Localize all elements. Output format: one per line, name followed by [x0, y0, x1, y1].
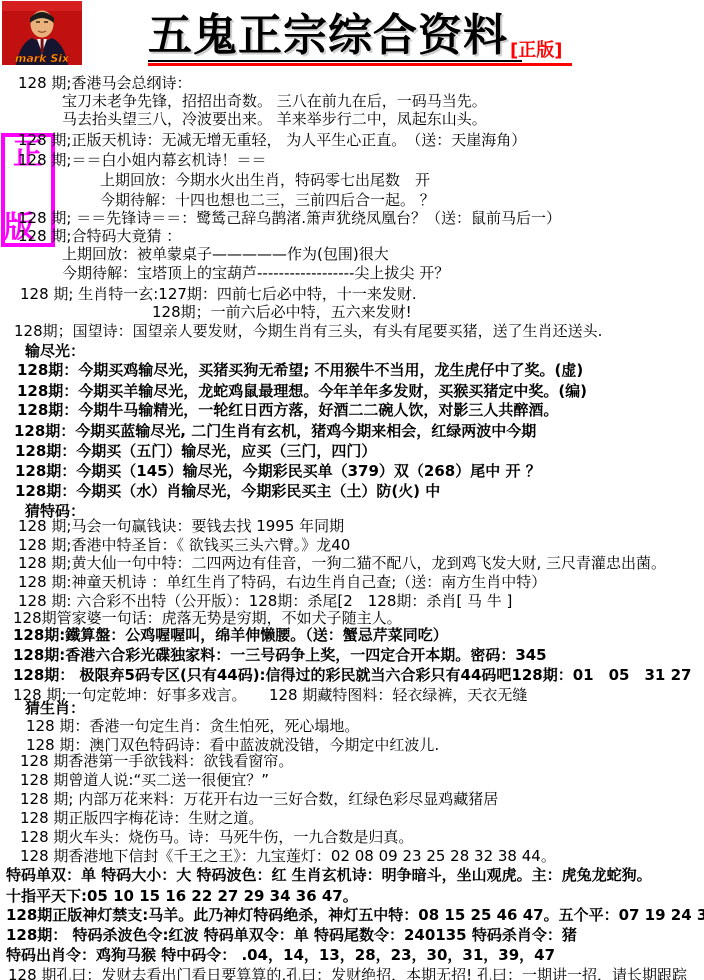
text-line: 马去抬头望三八，冷波要出来。 羊来举步行二中，凤起东山头。	[62, 111, 487, 128]
page-title: 五鬼正宗综合资料	[148, 10, 508, 62]
text-line: 128期： 极限弃5码专区(只有44码):信得过的彩民就当六合彩只有44码吧12…	[13, 667, 691, 684]
text-line: 128期：今期买鸡输尽光，买猪买狗无希望; 不用猴牛不当用，龙生虎仔中了奖。(虚…	[17, 362, 583, 379]
tipster-photo-image: mark Six	[2, 1, 82, 65]
text-line: 特码出肖令：鸡狗马猴 特中码令： .04，14，13，28，23，30，31，3…	[6, 947, 555, 964]
title-underline-black	[148, 60, 522, 62]
text-line: 128 期: 六合彩不出特（公开版）：128期：杀尾[2 128期：杀肖[ 马 …	[18, 593, 512, 610]
text-line: 特码单双：单 特码大小：大 特码波色：红 生肖玄机诗：明争暗斗，坐山观虎。主：虎…	[6, 867, 652, 884]
text-line: 128 期孔曰：发财去看出门看日要算算的,孔曰：发财绝招，本期无招! 孔曰：一期…	[8, 967, 687, 980]
text-line: 128 期香港地下信封《千王之王》：九宝莲灯：02 08 09 23 25 28…	[20, 848, 556, 865]
text-line: 128 期正版四字梅花诗：生财之道。	[20, 810, 263, 827]
text-line: 128 期;香港中特圣旨：《 欲钱买三头六臂。》龙40	[18, 537, 350, 554]
text-line: 宝刀未老争先锋，招招出奇数。 三八在前九在后，一码马当先。	[62, 93, 487, 110]
text-line: 128期：今期买蓝输尽光, 二门生肖有玄机，猪鸡今期来相会，红绿两波中今期	[14, 423, 536, 440]
text-line: 128期：今期买（水）肖输尽光，今期彩民买主（土）防(火) 中	[15, 483, 440, 500]
text-line: 128 期香港第一手欲钱料：欲钱看窗帘。	[20, 753, 293, 770]
page-title-block: 五鬼正宗综合资料 [正版]	[148, 6, 588, 62]
text-line: 猜生肖：	[25, 700, 85, 717]
text-line: 128 期;马会一句赢钱诀：要钱去找 1995 年同期	[18, 518, 344, 535]
text-line: 输尽光：	[25, 343, 85, 360]
edition-tag: [正版]	[510, 40, 562, 62]
text-line: 128 期;香港马会总纲诗：	[18, 75, 191, 92]
text-line: 128 期;合特码大竟猜 ：	[18, 228, 181, 245]
photo-caption: mark Six	[15, 52, 70, 65]
text-line: 128 期; ＝＝先锋诗＝＝：鹭鸶己辞乌鹊渚.箫声犹绕凤凰台？（送：鼠前马后一）	[18, 210, 561, 227]
lottery-tip-sheet: mark Six 五鬼正宗综合资料 [正版] 正 版 128 期;香港马会总纲诗…	[0, 0, 704, 980]
text-line: 128期管家婆一句话：虎落无势是穷期，不如犬子随主人。	[13, 610, 402, 627]
text-line: 128期:香港六合彩光碟独家料：一三号码争上奖，一四定合开本期。密码：345	[13, 647, 547, 664]
tie	[41, 39, 44, 52]
text-line: 128期：今期买（145）输尽光，今期彩民买单（379）双（268）尾中 开 ？	[15, 463, 541, 480]
text-line: 上期回放：被单蒙桌子—————作为(包围)很大	[62, 246, 389, 263]
text-line: 128 期;＝＝白小姐内幕玄机诗！＝＝	[18, 152, 266, 169]
text-line: 十指平天下:05 10 15 16 22 27 29 34 36 47。	[6, 888, 358, 905]
tipster-photo: mark Six	[2, 1, 82, 65]
text-line: 128期:鐵算盤：公鸡喔喔叫，绵羊伸懒腰。（送：蟹忌芹菜同吃）	[13, 627, 448, 644]
text-line: 128期：今期牛马输精光，一轮红日西方落，好酒二二碗人饮，对影三人共醉酒。	[17, 402, 558, 419]
text-line: 128 期曾道人说:“买二送一很便宜？”	[20, 772, 269, 789]
title-underline-red	[148, 63, 572, 66]
text-line: 128期：今期买羊输尽光，龙蛇鸡鼠最理想。今年羊年多发财，买猴买猪定中奖。(编)	[17, 383, 587, 400]
text-line: 128 期;黄大仙一句中特：二四两边有佳音，一狗二猫不配八，龙到鸡飞发大财, 三…	[18, 555, 666, 572]
text-line: 128期；国望诗：国望亲人要发财，今期生肖有三头，有头有尾要买猪，送了生肖还送头…	[14, 323, 602, 340]
text-line: 128期；一前六后必中特，五六来发财!	[152, 304, 412, 321]
text-line: 128期： 特码杀波色令:红波 特码单双令：单 特码尾数令：240135 特码杀…	[6, 927, 577, 944]
text-line: 128 期:一句定乾坤：好事多戏言。 128 期藏特图料：轻衣绿裤，天衣无缝	[13, 687, 527, 704]
text-line: 128 期; 生肖特一玄:127期：四前七后必中特，十一来发财.	[20, 286, 417, 303]
text-line: 128 期火车头：烧伤马。诗：马死牛伤，一九合数是归真。	[20, 829, 413, 846]
text-line: 128 期;正版天机诗：无减无增无重轻， 为人平生心正直。 （送：天崖海角）	[18, 132, 526, 149]
text-line: 128期：今期买（五门）输尽光，应买（三门，四门）	[15, 443, 376, 460]
text-line: 今期待解：十四也想也二三，三前四后合一起。 ？	[100, 192, 435, 209]
text-line: 128期正版神灯禁支:马羊。此乃神灯特码绝杀，神灯五中特：08 15 25 46…	[6, 907, 704, 924]
text-line: 上期回放：今期水火出生肖，特码零七出尾数 开	[100, 172, 430, 189]
text-line: 今期待解：宝塔顶上的宝葫芦------------------尖上拔尖 开？	[62, 265, 449, 282]
text-line: 128 期; 内部万花来料：万花开右边一三好合数，红绿色彩尽显鸡藏猪居	[20, 791, 498, 808]
text-line: 128 期:神童天机诗 ：单红生肖了特码，右边生肖自己查;（送：南方生肖中特）	[18, 574, 546, 591]
text-line: 128 期：香港一句定生肖：贪生怕死，死心塌地。	[26, 718, 359, 735]
